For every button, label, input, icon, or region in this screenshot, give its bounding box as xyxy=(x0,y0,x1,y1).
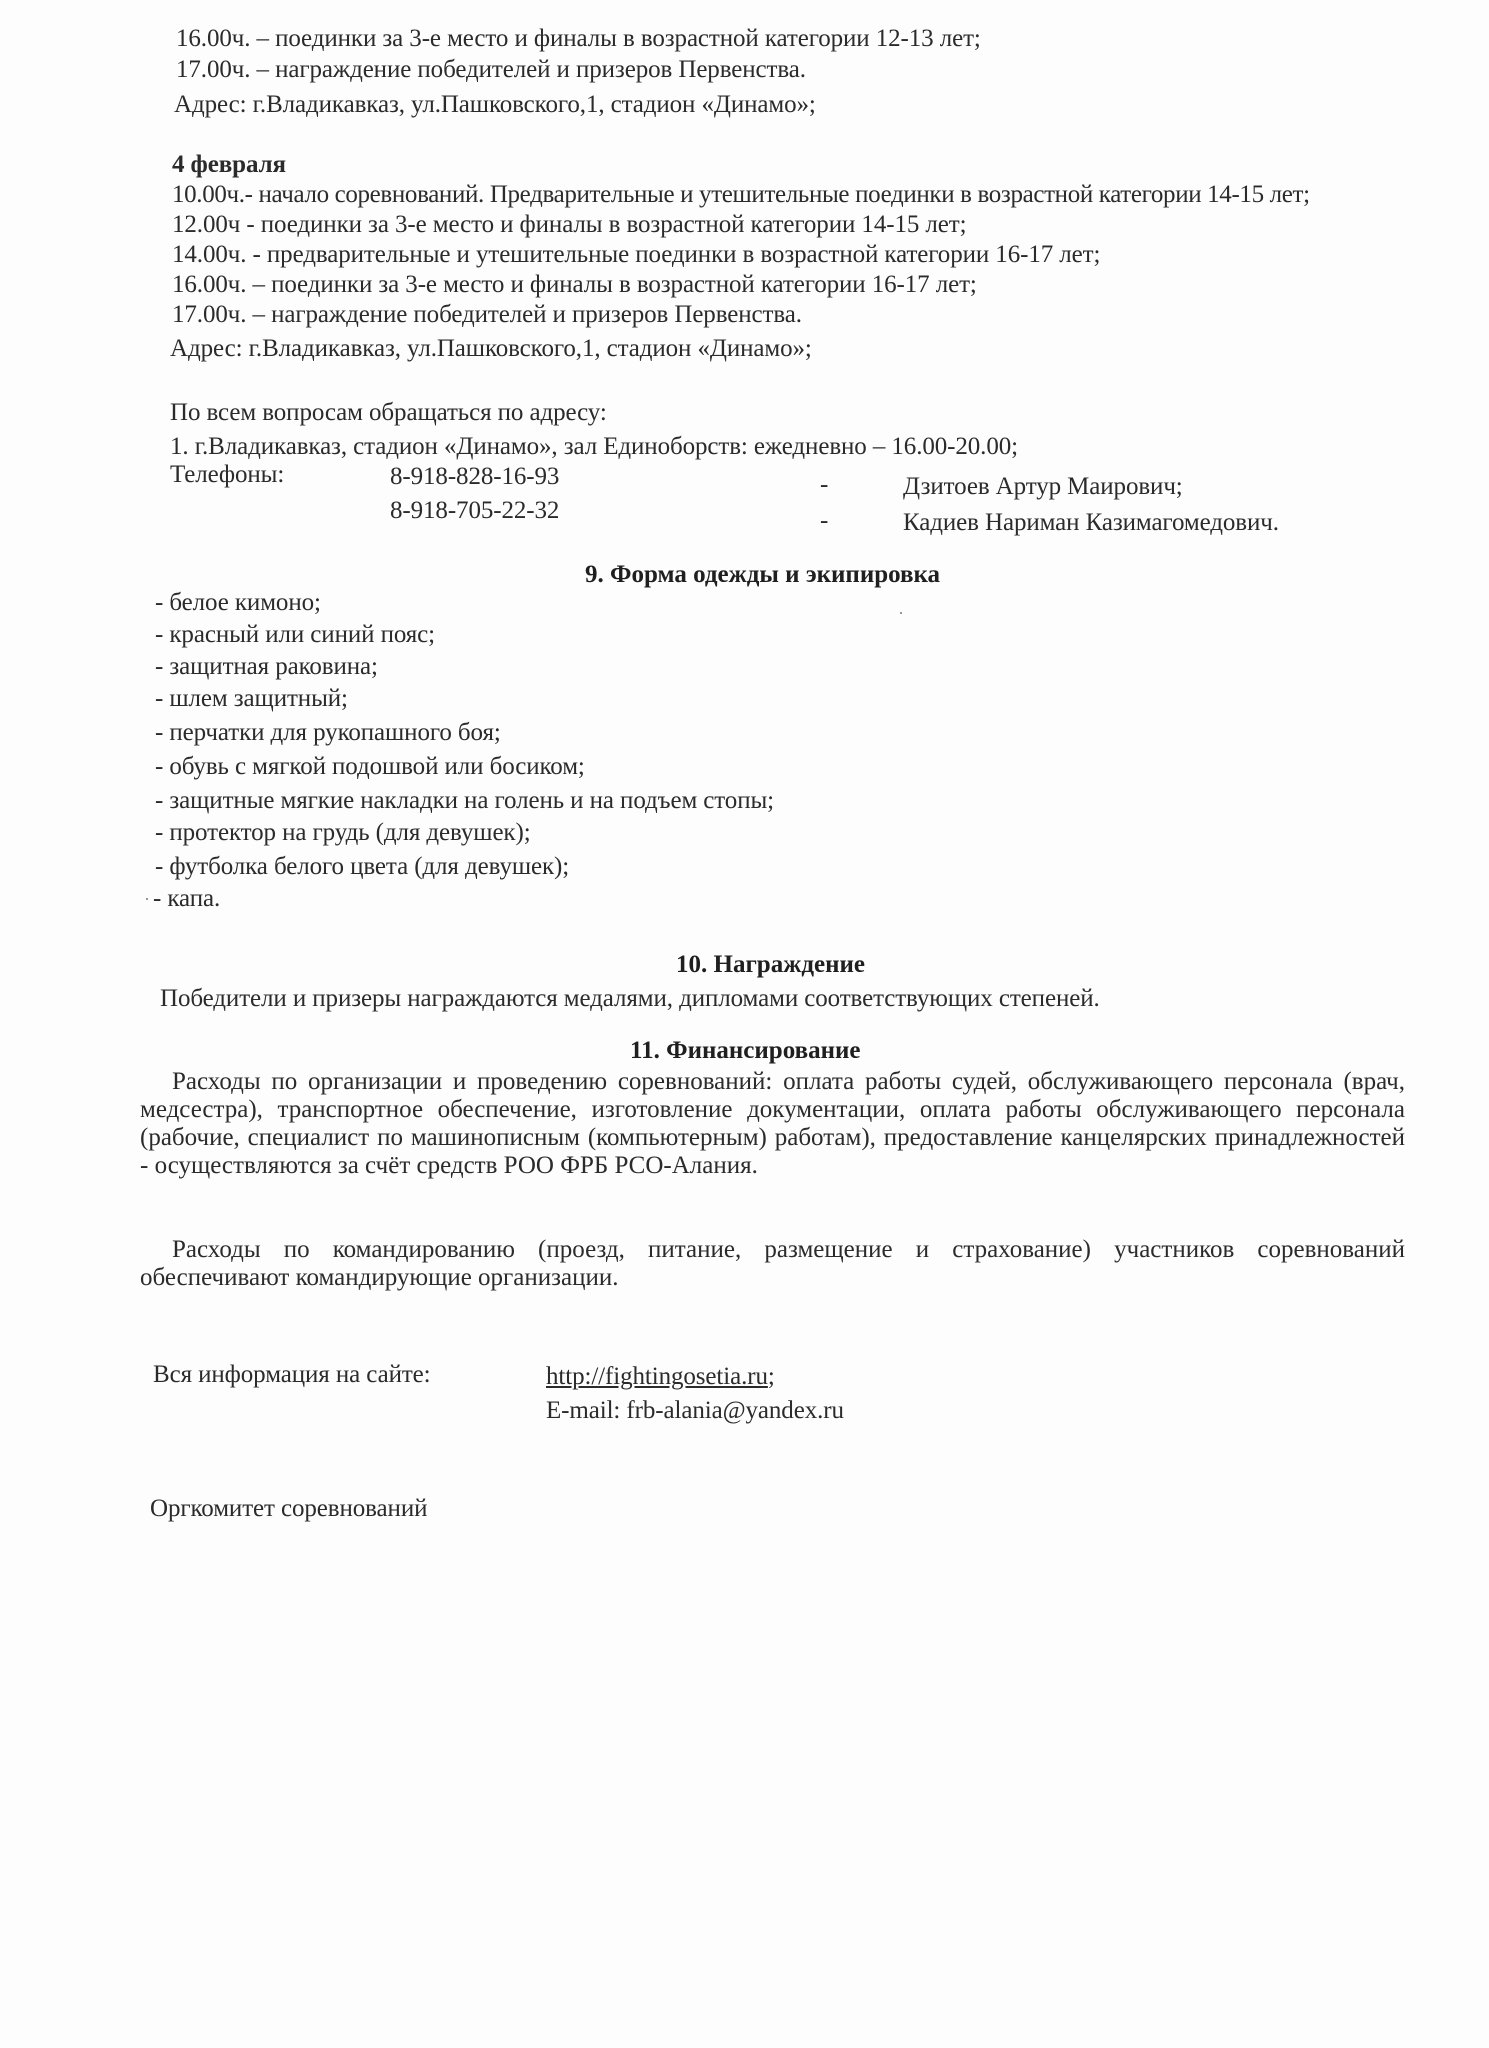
phone-number[interactable]: 8-918-828-16-93 xyxy=(390,462,559,492)
date-heading: 4 февраля xyxy=(172,150,286,180)
section-9-title: 9. Форма одежды и экипировка xyxy=(585,560,940,590)
section-11-paragraph-1: Расходы по организации и проведению соре… xyxy=(140,1068,1405,1180)
schedule-line: 17.00ч. – награждение победителей и приз… xyxy=(172,300,802,330)
section-11-title: 11. Финансирование xyxy=(630,1036,861,1066)
document-page: 16.00ч. – поединки за 3-е место и финалы… xyxy=(0,0,1489,2048)
equipment-item: - капа. xyxy=(153,884,220,914)
website-line: http://fightingosetia.ru; xyxy=(546,1362,775,1392)
schedule-line: 17.00ч. – награждение победителей и приз… xyxy=(176,55,806,85)
scan-speck xyxy=(146,898,148,900)
section-11-paragraph-2: Расходы по командированию (проезд, питан… xyxy=(140,1236,1405,1292)
schedule-line: 12.00ч - поединки за 3-е место и финалы … xyxy=(172,210,966,240)
equipment-item: - протектор на грудь (для девушек); xyxy=(155,818,531,848)
contacts-address: 1. г.Владикавказ, стадион «Динамо», зал … xyxy=(170,432,1018,462)
schedule-line: 14.00ч. - предварительные и утешительные… xyxy=(172,240,1100,270)
paragraph-text: Расходы по организации и проведению соре… xyxy=(140,1068,1405,1180)
contact-name: Кадиев Нариман Казимагомедович. xyxy=(903,508,1279,538)
equipment-item: - белое кимоно; xyxy=(155,588,321,618)
equipment-item: - футболка белого цвета (для девушек); xyxy=(155,852,569,882)
contacts-intro: По всем вопросам обращаться по адресу: xyxy=(170,398,607,428)
website-link[interactable]: http://fightingosetia.ru xyxy=(546,1363,768,1390)
website-suffix: ; xyxy=(768,1363,775,1390)
section-10-text: Победители и призеры награждаются медаля… xyxy=(160,984,1100,1014)
schedule-line: 16.00ч. – поединки за 3-е место и финалы… xyxy=(172,270,977,300)
schedule-line: 10.00ч.- начало соревнований. Предварите… xyxy=(172,180,1310,210)
section-10-title: 10. Награждение xyxy=(676,950,865,980)
equipment-item: - обувь с мягкой подошвой или босиком; xyxy=(155,752,585,782)
phone-dash: - xyxy=(820,506,828,536)
contact-name: Дзитоев Артур Маирович; xyxy=(903,472,1183,502)
email-line[interactable]: E-mail: frb-alania@yandex.ru xyxy=(546,1396,844,1426)
info-label: Вся информация на сайте: xyxy=(153,1360,431,1390)
signature: Оргкомитет соревнований xyxy=(150,1494,427,1524)
equipment-item: - красный или синий пояс; xyxy=(155,620,435,650)
paragraph-text: Расходы по командированию (проезд, питан… xyxy=(140,1236,1405,1292)
scan-speck xyxy=(900,612,902,614)
equipment-item: - перчатки для рукопашного боя; xyxy=(155,718,501,748)
schedule-address: Адрес: г.Владикавказ, ул.Пашковского,1, … xyxy=(170,334,812,364)
equipment-item: - защитные мягкие накладки на голень и н… xyxy=(155,786,774,816)
equipment-item: - шлем защитный; xyxy=(155,684,348,714)
schedule-line: 16.00ч. – поединки за 3-е место и финалы… xyxy=(176,24,981,54)
phone-dash: - xyxy=(820,470,828,500)
phones-label: Телефоны: xyxy=(170,460,284,490)
schedule-address: Адрес: г.Владикавказ, ул.Пашковского,1, … xyxy=(174,90,816,120)
phone-number[interactable]: 8-918-705-22-32 xyxy=(390,496,559,526)
equipment-item: - защитная раковина; xyxy=(155,652,378,682)
